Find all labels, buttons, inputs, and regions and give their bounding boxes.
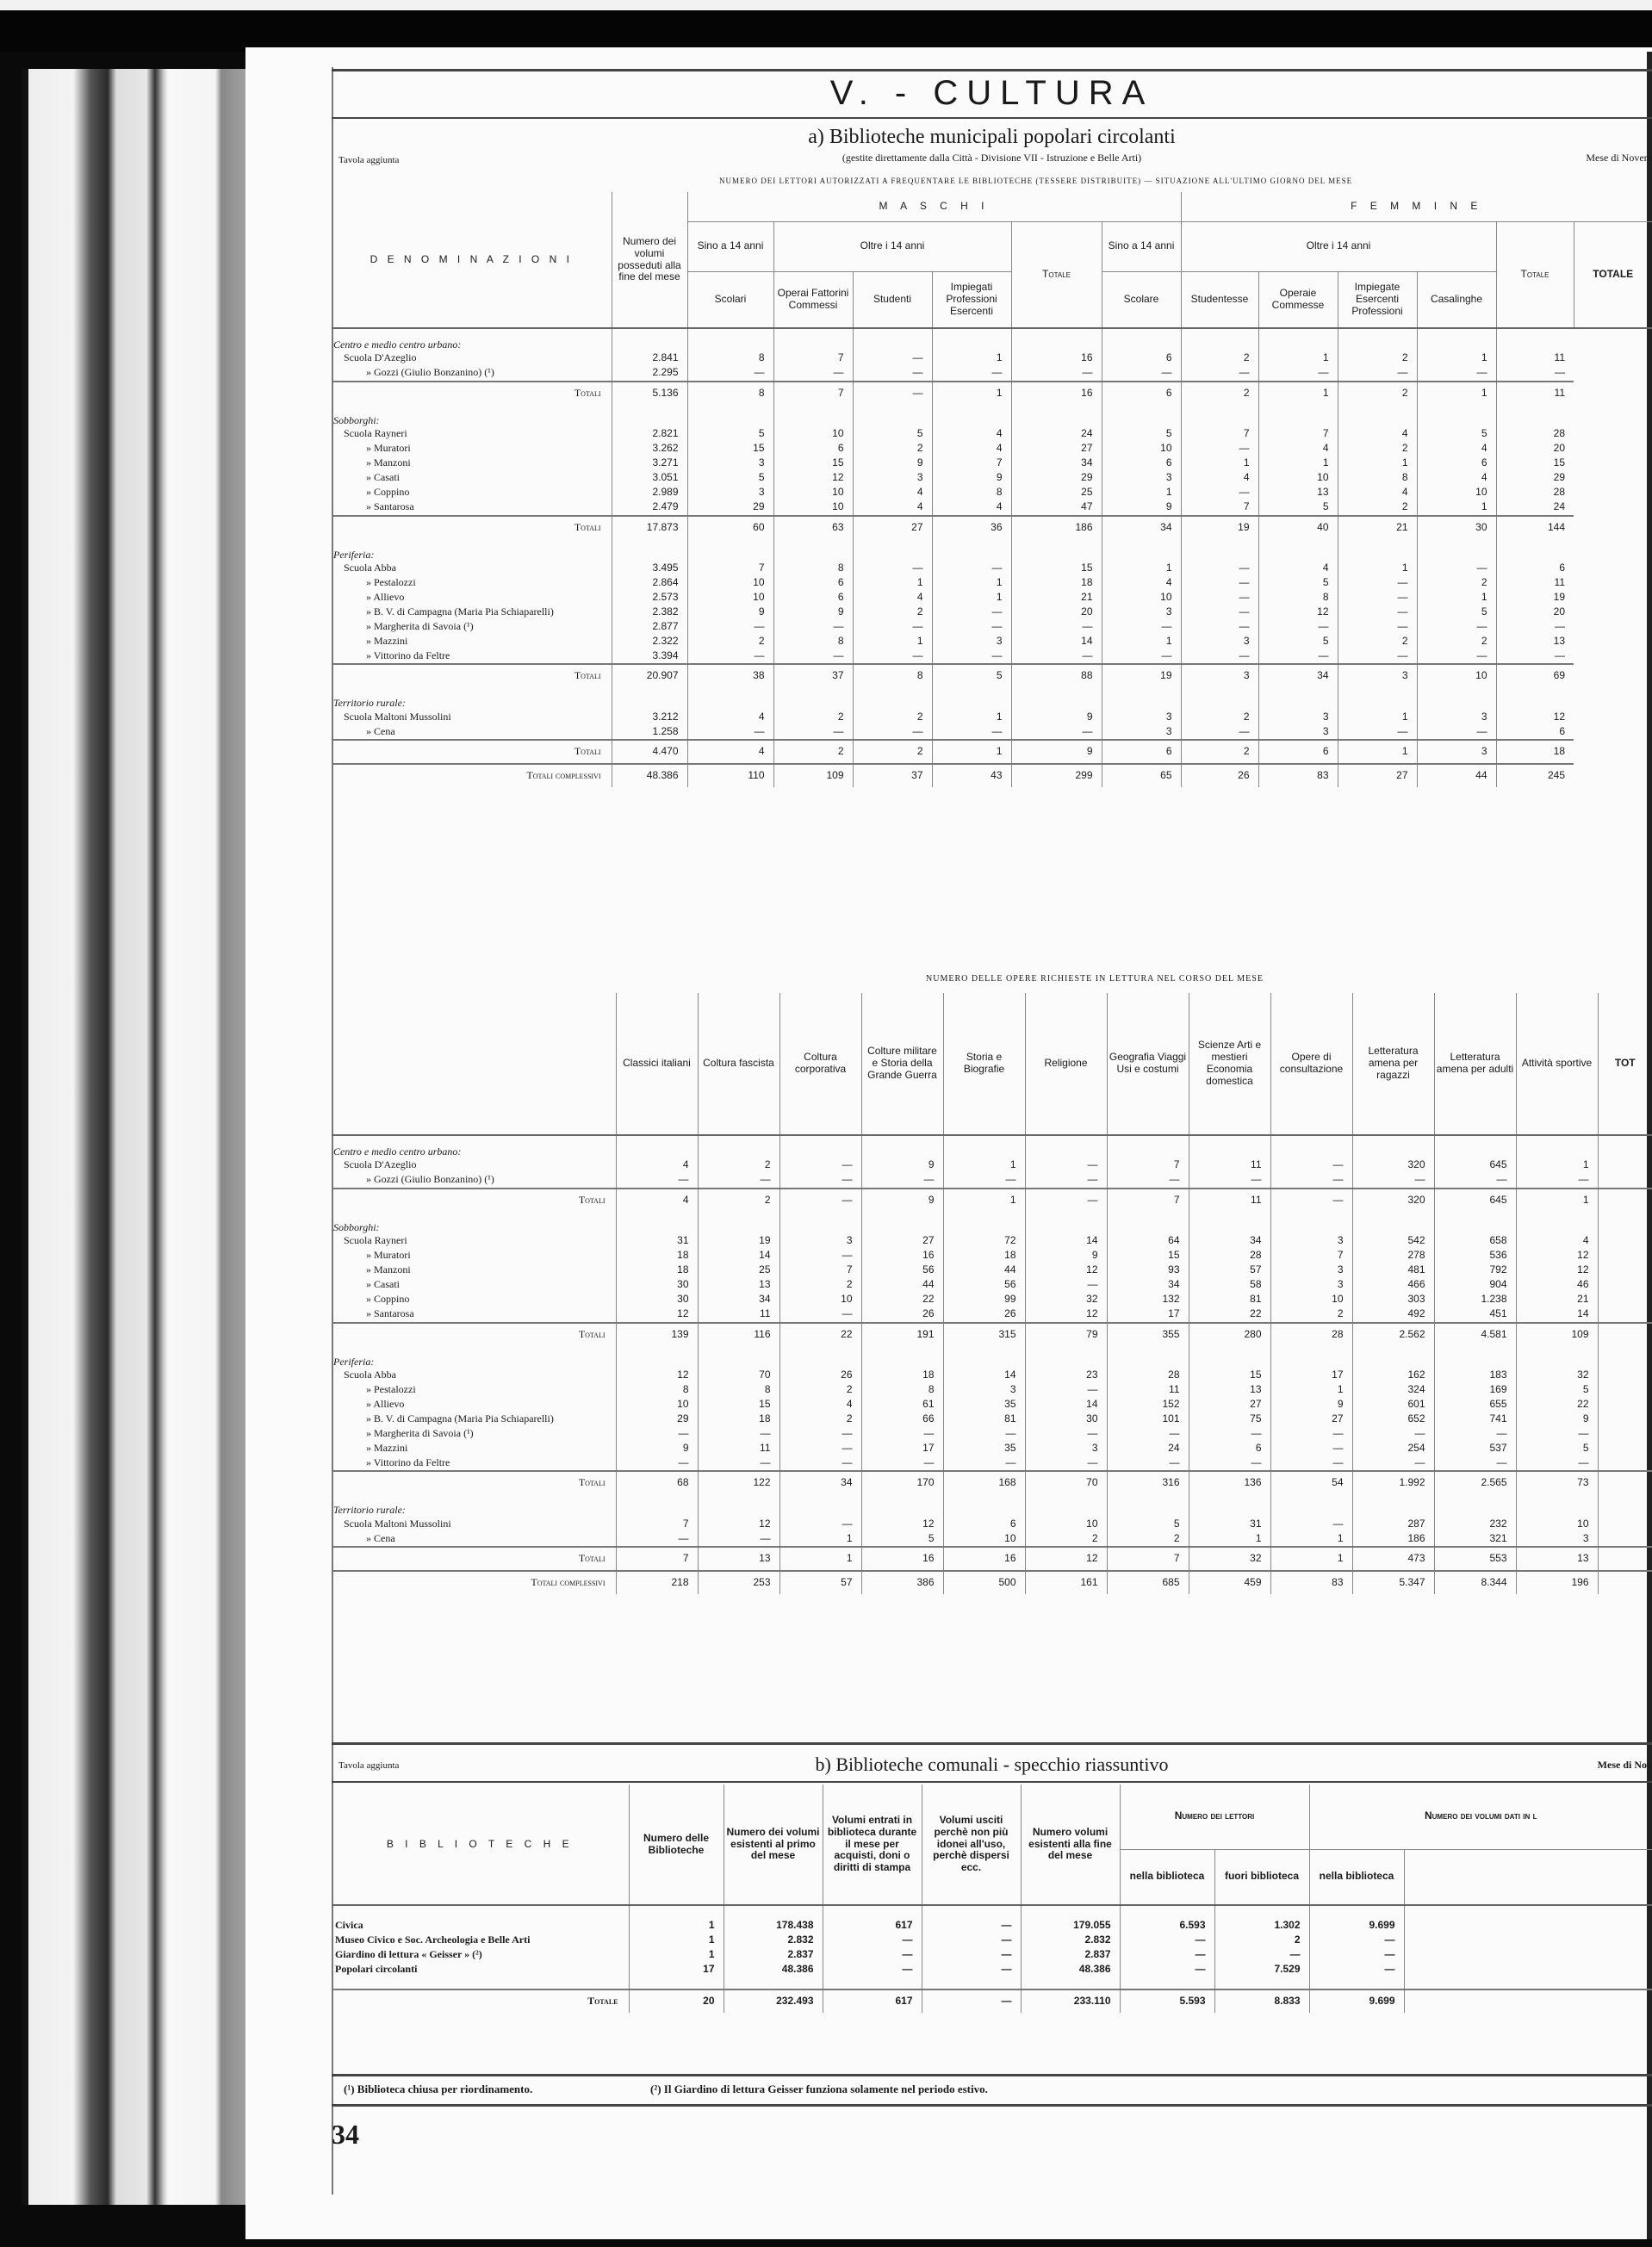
value-cell: — [687, 366, 773, 382]
f-totale: Totale [1496, 221, 1574, 328]
value-cell: 29 [1011, 471, 1102, 486]
grand-total-cell: 65 [1102, 764, 1181, 787]
value-cell: 3 [1025, 1441, 1107, 1456]
subtotal-cell: 16 [1011, 382, 1102, 405]
value-cell: 10 [1258, 471, 1338, 486]
subtotal-cell: 9 [861, 1189, 943, 1212]
value-cell: 4 [1258, 561, 1338, 575]
value-cell: 2 [1417, 575, 1496, 590]
subtotal-label: Totali [332, 516, 612, 539]
table-row: Scuola Abba12702618142328151716218332 [332, 1368, 1652, 1382]
table-a-month-label: Mese di Novem [1586, 152, 1652, 164]
empty-cell [1598, 1323, 1652, 1346]
value-cell: — [853, 366, 932, 382]
value-cell: — [922, 1933, 1021, 1947]
value-cell: 18 [861, 1368, 943, 1382]
table-row: Scuola Maltoni Mussolini712—12610531—287… [332, 1517, 1652, 1531]
empty-cell [1598, 1249, 1652, 1263]
empty-cell [1598, 1307, 1652, 1323]
table-a-left-label: Tavola aggiunta [338, 155, 399, 165]
works-header: Numero delle opere richieste in lettura … [926, 974, 1264, 984]
row-label: » Pestalozzi [332, 1382, 616, 1397]
volumi-dati-header: Numero dei volumi dati in l [1309, 1785, 1652, 1849]
value-cell: 1 [1338, 710, 1417, 724]
subtotal-cell: 9 [1011, 740, 1102, 764]
row-label: » Manzoni [332, 456, 612, 471]
value-cell: — [1181, 619, 1258, 634]
value-cell: — [1102, 649, 1181, 664]
scan-top-edge [0, 0, 1652, 10]
value-cell: — [1120, 1933, 1214, 1947]
value-cell: 22 [1189, 1307, 1270, 1323]
value-cell: — [1338, 649, 1417, 664]
subtotal-cell: 2.565 [1434, 1471, 1516, 1494]
total-cell: 232.493 [724, 1989, 823, 2013]
value-cell: 10 [1516, 1517, 1598, 1531]
subtotal-cell: 1 [779, 1547, 861, 1571]
empty-cell [1102, 405, 1181, 427]
value-cell: 1 [1181, 456, 1258, 471]
value-cell: 31 [616, 1234, 698, 1249]
value-cell: — [773, 619, 853, 634]
value-cell: 3.051 [612, 471, 687, 486]
value-cell: 9 [1011, 710, 1102, 724]
m-sino14: Sino a 14 anni [687, 221, 773, 271]
value-cell: 2.573 [612, 590, 687, 605]
subtotal-cell: 12 [1025, 1547, 1107, 1571]
subtotal-cell: 13 [698, 1547, 779, 1571]
value-cell: 4 [853, 486, 932, 500]
total-label: Totale [332, 1989, 629, 2013]
value-cell: 2 [1181, 351, 1258, 366]
value-cell: 15 [773, 456, 853, 471]
value-cell: 1 [629, 1918, 724, 1933]
empty-cell [1496, 539, 1574, 562]
empty-cell [943, 1346, 1025, 1369]
library-row: Civica1178.438617—179.0556.5931.3029.699 [332, 1918, 1652, 1933]
value-cell: 99 [943, 1293, 1025, 1307]
empty-cell [698, 1212, 779, 1234]
empty-cell [861, 1346, 943, 1369]
value-cell: 9 [687, 605, 773, 619]
subtotal-cell: 315 [943, 1323, 1025, 1346]
grand-total-label: Totali complessivi [332, 1571, 616, 1594]
value-cell: 4 [1102, 575, 1181, 590]
value-cell: 19 [1496, 590, 1574, 605]
row-label: » Allievo [332, 590, 612, 605]
col-volumi-nella: nella biblioteca [1309, 1849, 1404, 1905]
value-cell: 1 [1338, 561, 1417, 575]
total-cell: 5.593 [1120, 1989, 1214, 2013]
value-cell: 2.382 [612, 605, 687, 619]
subtotal-label: Totali [332, 1547, 616, 1571]
empty-cell [1404, 1947, 1652, 1962]
value-cell: 1 [932, 590, 1011, 605]
row-label: » Muratori [332, 1249, 616, 1263]
subtotal-cell: 2 [698, 1189, 779, 1212]
value-cell: 5 [1258, 575, 1338, 590]
col-scienze: Scienze Arti e mestieri Economia domesti… [1189, 993, 1270, 1135]
empty-cell [1025, 1346, 1107, 1369]
grand-total-cell: 43 [932, 764, 1011, 787]
value-cell: 8 [616, 1382, 698, 1397]
empty-cell [1598, 1456, 1652, 1471]
value-cell: 17 [861, 1441, 943, 1456]
value-cell: — [932, 619, 1011, 634]
value-cell: 10 [1102, 442, 1181, 456]
value-cell: — [773, 366, 853, 382]
value-cell: 4 [616, 1158, 698, 1173]
row-label: » Margherita di Savoia (¹) [332, 619, 612, 634]
value-cell: 1.302 [1214, 1918, 1309, 1933]
total-cell: — [922, 1989, 1021, 2013]
empty-cell [1598, 1263, 1652, 1278]
value-cell: — [1120, 1962, 1214, 1977]
value-cell: 61 [861, 1397, 943, 1412]
col-consultazione: Opere di consultazione [1270, 993, 1352, 1135]
subtotal-cell: 16 [861, 1547, 943, 1571]
value-cell: 162 [1352, 1368, 1434, 1382]
value-cell: 3 [1258, 724, 1338, 740]
value-cell: 17 [1107, 1307, 1189, 1323]
value-cell: 4 [687, 710, 773, 724]
row-label: » Cena [332, 724, 612, 740]
value-cell: 18 [616, 1249, 698, 1263]
group-header-row: Territorio rurale: [332, 687, 1652, 710]
subtotal-cell: 553 [1434, 1547, 1516, 1571]
footnote-1: (¹) Biblioteca chiusa per riordinamento. [344, 2083, 532, 2096]
subtotal-label: Totali [332, 740, 612, 764]
group-label: Centro e medio centro urbano: [332, 328, 612, 351]
value-cell: 4 [932, 442, 1011, 456]
subtotal-cell: 7 [1107, 1547, 1189, 1571]
value-cell: 26 [861, 1307, 943, 1323]
empty-cell [943, 1494, 1025, 1517]
value-cell: 1 [853, 575, 932, 590]
value-cell: 3.262 [612, 442, 687, 456]
subtotal-cell: 1 [932, 382, 1011, 405]
table-row: » Vittorino da Feltre———————————— [332, 1456, 1652, 1471]
value-cell: 2.295 [612, 366, 687, 382]
value-cell: 2 [1107, 1531, 1189, 1547]
value-cell: 741 [1434, 1412, 1516, 1426]
value-cell: 6 [773, 590, 853, 605]
value-cell: — [1189, 1173, 1270, 1189]
value-cell: — [1025, 1382, 1107, 1397]
value-cell: — [1181, 561, 1258, 575]
value-cell: — [773, 649, 853, 664]
value-cell: 2 [1214, 1933, 1309, 1947]
subtotal-cell: 1 [1270, 1547, 1352, 1571]
subtotal-label: Totali [332, 664, 612, 687]
value-cell: 278 [1352, 1249, 1434, 1263]
value-cell: 10 [1270, 1293, 1352, 1307]
value-cell: 10 [1102, 590, 1181, 605]
subtotal-cell: 27 [853, 516, 932, 539]
value-cell: 4 [853, 590, 932, 605]
table-row: » Cena1.258—————3—3——6 [332, 724, 1652, 740]
book-spine-pages [22, 69, 245, 2205]
value-cell: 3 [1270, 1263, 1352, 1278]
value-cell: 7 [616, 1517, 698, 1531]
col-lettori-nella: nella biblioteca [1120, 1849, 1214, 1905]
value-cell: 4 [779, 1397, 861, 1412]
value-cell: — [698, 1173, 779, 1189]
value-cell: 28 [1189, 1249, 1270, 1263]
value-cell: 2.322 [612, 634, 687, 649]
value-cell: 20 [1496, 605, 1574, 619]
value-cell: 6 [1496, 561, 1574, 575]
empty-cell [1598, 1158, 1652, 1173]
empty-cell [853, 328, 932, 351]
value-cell: 2 [1181, 710, 1258, 724]
value-cell: 178.438 [724, 1918, 823, 1933]
value-cell: 3 [1417, 710, 1496, 724]
value-cell: 2.479 [612, 500, 687, 516]
value-cell: 72 [943, 1234, 1025, 1249]
value-cell: 35 [943, 1397, 1025, 1412]
value-cell: 58 [1189, 1278, 1270, 1293]
value-cell: — [779, 1441, 861, 1456]
empty-cell [773, 328, 853, 351]
subtotal-cell: 18 [1496, 740, 1574, 764]
subtotal-cell: 60 [687, 516, 773, 539]
total-cell: 8.833 [1214, 1989, 1309, 2013]
value-cell: 30 [616, 1293, 698, 1307]
value-cell: 15 [1107, 1249, 1189, 1263]
value-cell: 22 [1516, 1397, 1598, 1412]
col-lett-ragazzi: Letteratura amena per ragazzi [1352, 993, 1434, 1135]
value-cell: — [1025, 1456, 1107, 1471]
empty-cell [1598, 1135, 1652, 1158]
value-cell: 1 [932, 575, 1011, 590]
value-cell: 3 [1516, 1531, 1598, 1547]
group-header-row: Territorio rurale: [332, 1494, 1652, 1517]
value-cell: 9 [1025, 1249, 1107, 1263]
row-label: Scuola D'Azeglio [332, 351, 612, 366]
empty-cell [1338, 328, 1417, 351]
empty-cell [932, 687, 1011, 710]
table-row: » B. V. di Campagna (Maria Pia Schiapare… [332, 605, 1652, 619]
value-cell: 30 [1025, 1412, 1107, 1426]
empty-cell [616, 1212, 698, 1234]
value-cell: 14 [698, 1249, 779, 1263]
empty-cell [1404, 1989, 1652, 2013]
value-cell: — [1025, 1158, 1107, 1173]
value-cell: 10 [687, 575, 773, 590]
group-label: Sobborghi: [332, 405, 612, 427]
subtotal-cell: 168 [943, 1471, 1025, 1494]
empty-cell [1417, 687, 1496, 710]
col-vol-entrati: Volumi entrati in biblioteca durante il … [823, 1785, 922, 1905]
value-cell: — [779, 1158, 861, 1173]
value-cell: — [1181, 366, 1258, 382]
value-cell: — [1181, 575, 1258, 590]
empty-cell [853, 687, 932, 710]
grand-total-cell: 500 [943, 1571, 1025, 1594]
empty-cell [1352, 1346, 1434, 1369]
value-cell: — [1107, 1426, 1189, 1441]
value-cell: 29 [1496, 471, 1574, 486]
table-row: » Mazzini911—17353246—2545375 [332, 1441, 1652, 1456]
maschi-header: M A S C H I [687, 192, 1181, 221]
value-cell: 5 [1417, 427, 1496, 442]
empty-cell [1598, 1368, 1652, 1382]
group-header-row: Centro e medio centro urbano: [332, 328, 1652, 351]
row-label: » Coppino [332, 486, 612, 500]
empty-cell [1011, 405, 1102, 427]
subtotal-cell: 22 [779, 1323, 861, 1346]
grand-totale: TOTALE [1574, 221, 1652, 328]
value-cell: 10 [1025, 1517, 1107, 1531]
value-cell: 5 [861, 1531, 943, 1547]
row-label: » Mazzini [332, 634, 612, 649]
value-cell: 4 [1516, 1234, 1598, 1249]
col-storia: Storia e Biografie [943, 993, 1025, 1135]
subtotal-cell: 69 [1496, 664, 1574, 687]
empty-cell [1598, 1471, 1652, 1494]
value-cell: 66 [861, 1412, 943, 1426]
grand-total-cell: 245 [1496, 764, 1574, 787]
value-cell: 11 [1496, 351, 1574, 366]
value-cell: — [1025, 1278, 1107, 1293]
value-cell: 9 [1516, 1412, 1598, 1426]
subtotal-cell: 5.136 [612, 382, 687, 405]
subtotal-cell: 37 [773, 664, 853, 687]
value-cell: 23 [1025, 1368, 1107, 1382]
subtotal-row: Totali1391162219131579355280282.5624.581… [332, 1323, 1652, 1346]
value-cell: — [922, 1947, 1021, 1962]
value-cell: — [1270, 1158, 1352, 1173]
value-cell: 8 [861, 1382, 943, 1397]
value-cell: 3 [1102, 605, 1181, 619]
col-geografia: Geografia Viaggi Usi e costumi [1107, 993, 1189, 1135]
subtotal-cell: 170 [861, 1471, 943, 1494]
subtotal-cell: 6 [1102, 382, 1181, 405]
value-cell: — [1417, 366, 1496, 382]
empty-cell [1102, 687, 1181, 710]
value-cell: 1.238 [1434, 1293, 1516, 1307]
value-cell: 3.495 [612, 561, 687, 575]
grand-total-cell: 685 [1107, 1571, 1189, 1594]
value-cell: 10 [779, 1293, 861, 1307]
empty-cell [1598, 1212, 1652, 1234]
empty-cell [1434, 1212, 1516, 1234]
value-cell: 1 [932, 351, 1011, 366]
value-cell: 8 [1338, 471, 1417, 486]
value-cell: 6 [1102, 351, 1181, 366]
empty-cell [1189, 1346, 1270, 1369]
subtotal-cell: 2.562 [1352, 1323, 1434, 1346]
empty-cell [687, 687, 773, 710]
empty-cell [773, 539, 853, 562]
value-cell: 20 [1496, 442, 1574, 456]
empty-cell [1338, 405, 1417, 427]
value-cell: 5 [1258, 634, 1338, 649]
value-cell: — [1258, 619, 1338, 634]
empty-cell [861, 1212, 943, 1234]
empty-cell [1516, 1346, 1598, 1369]
group-label: Periferia: [332, 539, 612, 562]
empty-cell [1598, 1189, 1652, 1212]
subtotal-cell: 1 [1258, 382, 1338, 405]
value-cell: — [1338, 619, 1417, 634]
empty-cell [1404, 1962, 1652, 1977]
value-cell: 25 [698, 1263, 779, 1278]
value-cell: — [1434, 1426, 1516, 1441]
value-cell: 48.386 [724, 1962, 823, 1977]
value-cell: 2.837 [724, 1947, 823, 1962]
value-cell: — [1417, 619, 1496, 634]
value-cell: 1 [1258, 351, 1338, 366]
value-cell: 75 [1189, 1412, 1270, 1426]
value-cell: — [1270, 1173, 1352, 1189]
subtotal-cell: 2 [853, 740, 932, 764]
value-cell: — [1181, 605, 1258, 619]
empty-cell [1598, 1494, 1652, 1517]
value-cell: 10 [773, 486, 853, 500]
value-cell: 3 [943, 1382, 1025, 1397]
empty-cell [1598, 1517, 1652, 1531]
grand-total-cell: 161 [1025, 1571, 1107, 1594]
subtotal-cell: 320 [1352, 1189, 1434, 1212]
value-cell: 27 [1011, 442, 1102, 456]
value-cell: 254 [1352, 1441, 1434, 1456]
value-cell: 14 [1025, 1397, 1107, 1412]
value-cell: 2 [1338, 351, 1417, 366]
value-cell: 8 [932, 486, 1011, 500]
value-cell: 48.386 [1021, 1962, 1120, 1977]
group-label: Territorio rurale: [332, 1494, 616, 1517]
value-cell: 1 [629, 1933, 724, 1947]
value-cell: 4 [932, 500, 1011, 516]
subtotal-cell: 6 [1102, 740, 1181, 764]
subtotal-row: Totali42—91—711—3206451 [332, 1189, 1652, 1212]
value-cell: 6 [1496, 724, 1574, 740]
library-name: Popolari circolanti [332, 1962, 629, 1977]
table-row: » Pestalozzi88283—111313241695 [332, 1382, 1652, 1397]
libraries-table-body: Civica1178.438617—179.0556.5931.3029.699… [332, 1905, 1652, 2013]
grand-total-cell: 5.347 [1352, 1571, 1434, 1594]
grand-total-row: Totali complessivi2182535738650016168545… [332, 1571, 1652, 1594]
empty-cell [1417, 405, 1496, 427]
table-b-title: b) Biblioteche comunali - specchio riass… [332, 1754, 1652, 1776]
row-label: » Margherita di Savoia (¹) [332, 1426, 616, 1441]
m-col-operai: Operai Fattorini Commessi [773, 271, 853, 328]
empty-cell [1404, 1933, 1652, 1947]
value-cell: — [1189, 1426, 1270, 1441]
value-cell: 10 [616, 1397, 698, 1412]
value-cell: 4 [1258, 442, 1338, 456]
empty-cell [1258, 687, 1338, 710]
value-cell: — [1011, 619, 1102, 634]
empty-cell [1107, 1346, 1189, 1369]
grand-total-cell: 196 [1516, 1571, 1598, 1594]
value-cell: — [616, 1173, 698, 1189]
row-label: Scuola D'Azeglio [332, 1158, 616, 1173]
total-cell: 20 [629, 1989, 724, 2013]
empty-cell [1598, 1173, 1652, 1189]
empty-cell [1189, 1135, 1270, 1158]
empty-cell [1598, 1382, 1652, 1397]
grand-total-cell: 37 [853, 764, 932, 787]
value-cell: 7 [687, 561, 773, 575]
value-cell: 13 [1189, 1382, 1270, 1397]
table-row: » Casati3.051512392934108429 [332, 471, 1652, 486]
subtotal-cell: 6 [1258, 740, 1338, 764]
col-lettori-fuori: fuori biblioteca [1214, 1849, 1309, 1905]
empty-cell [1011, 328, 1102, 351]
